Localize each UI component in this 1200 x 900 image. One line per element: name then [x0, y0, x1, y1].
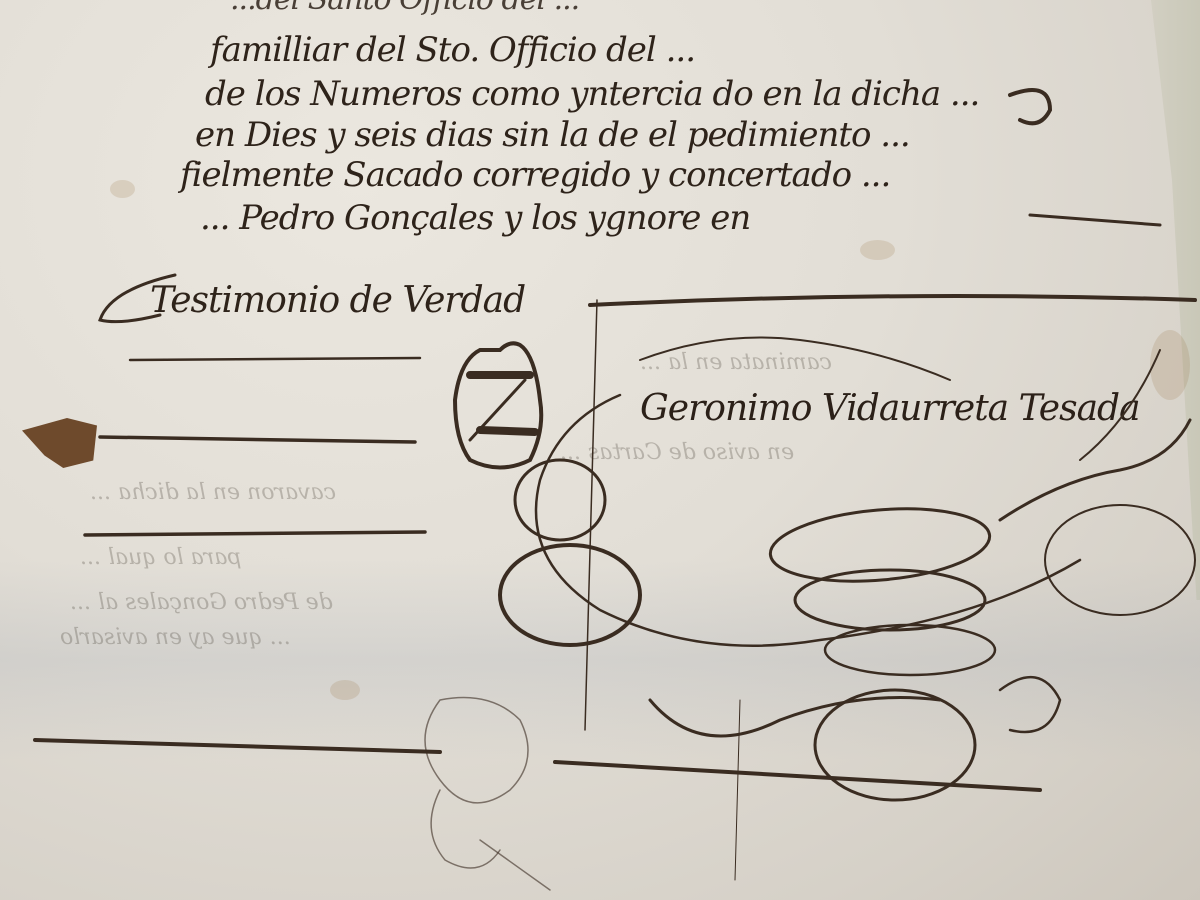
manuscript-page: caminata en la ... en aviso de Cartas ..… [0, 0, 1200, 900]
pen-strokes [0, 0, 1200, 900]
